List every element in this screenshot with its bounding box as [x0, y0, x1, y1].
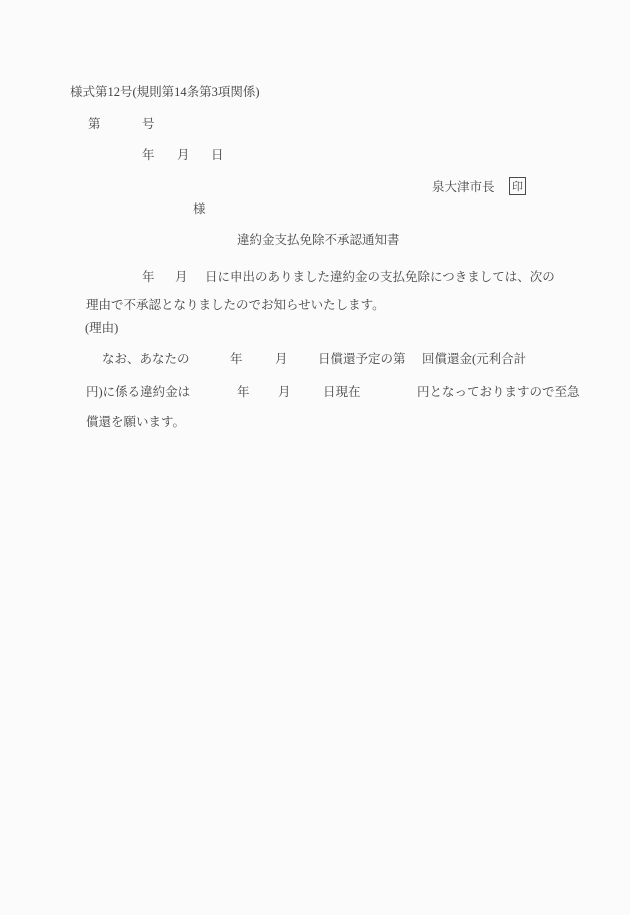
body-line4-amount-text: 円となっておりますので至急	[417, 385, 580, 399]
doc-number-suffix: 号	[142, 117, 155, 131]
body-line4-lead: 円)に係る違約金は	[86, 385, 190, 399]
issue-date-year-label: 年	[142, 148, 155, 162]
recipient-honorific: 様	[193, 202, 206, 216]
doc-number-prefix: 第	[88, 117, 101, 131]
issue-date-month-label: 月	[177, 148, 190, 162]
body-line3-installment-text: 回償還金(元利合計	[422, 352, 526, 366]
document-page: 様式第12号(規則第14条第3項関係) 第 号 年 月 日 泉大津市長 印 様 …	[0, 0, 630, 915]
issue-date-day-label: 日	[211, 148, 224, 162]
body-line5-text: 償還を願います。	[86, 415, 185, 429]
body-line3-year-label: 年	[230, 352, 243, 366]
body-line3-month-label: 月	[275, 352, 288, 366]
body-line4-month-label: 月	[278, 385, 291, 399]
doc-title: 違約金支払免除不承認通知書	[237, 233, 400, 247]
body-line4-year-label: 年	[237, 385, 250, 399]
body-line3-day-text: 日償還予定の第	[318, 352, 406, 366]
body-line1-month-label: 月	[175, 270, 188, 284]
form-number: 様式第12号(規則第14条第3項関係)	[70, 85, 260, 99]
sender-name: 泉大津市長	[432, 180, 495, 194]
body-line1-year-label: 年	[142, 270, 155, 284]
body-line4-day-text: 日現在	[323, 385, 361, 399]
reason-label: (理由)	[85, 321, 118, 335]
body-line2-text: 理由で不承認となりましたのでお知らせいたします。	[86, 298, 385, 312]
body-line1-text: 日に申出のありました違約金の支払免除につきましては、次の	[205, 270, 555, 284]
seal-mark: 印	[509, 177, 526, 195]
body-line3-lead: なお、あなたの	[102, 352, 190, 366]
